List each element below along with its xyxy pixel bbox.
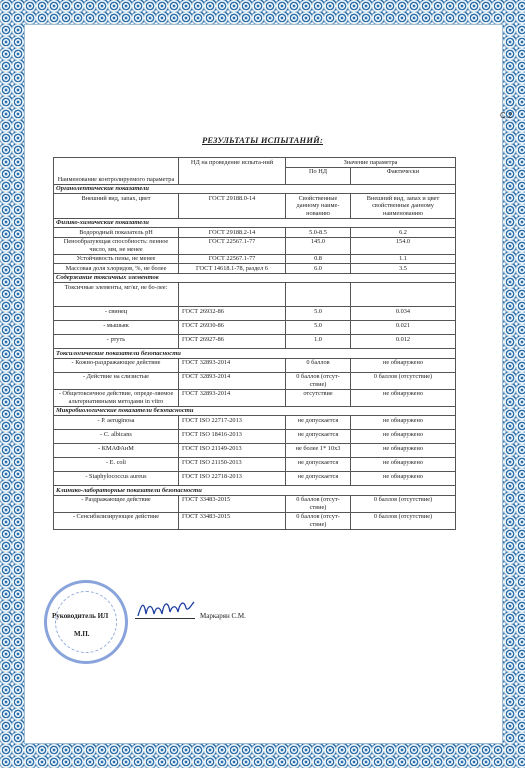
table-row: Токсичные элементы, мг/кг, не бо-лее: (54, 283, 456, 307)
cell-nd: ГОСТ 26930-86 (179, 321, 286, 335)
cell-name: Устойчивость пены, не менее (54, 254, 179, 264)
page-number: С.2 (500, 111, 512, 120)
cell-nd: ГОСТ 32893-2014 (179, 358, 286, 372)
cell-name: Массовая доля хлоридов, %, не более (54, 264, 179, 274)
table-row: - мышьякГОСТ 26930-865.00.021 (54, 321, 456, 335)
cell-name: - мышьяк (54, 321, 179, 335)
table-row: - Раздражающее действиеГОСТ 33483-20150 … (54, 495, 456, 512)
section-title: Токсилогические показатели безопасности (54, 349, 456, 359)
section-header: Токсилогические показатели безопасности (54, 349, 456, 359)
cell-name: - Раздражающее действие (54, 495, 179, 512)
table-row: - E. coliГОСТ ISO 21150-2013не допускает… (54, 458, 456, 472)
cell-actual: не обнаружено (351, 458, 456, 472)
cell-nd: ГОСТ ISO 21150-2013 (179, 458, 286, 472)
cell-by-nd: 1.0 (286, 335, 351, 349)
cell-by-nd (286, 283, 351, 307)
table-row: Устойчивость пены, не менееГОСТ 22567.1-… (54, 254, 456, 264)
cell-actual: 0.021 (351, 321, 456, 335)
table-row: - КМАФАнМГОСТ ISO 21149-2013не более 1* … (54, 444, 456, 458)
section-header: Содержание токсичных элементов (54, 273, 456, 283)
cell-nd: ГОСТ 22567.1-77 (179, 254, 286, 264)
table-row: - Staphylococcus aureusГОСТ ISO 22718-20… (54, 472, 456, 486)
cell-nd: ГОСТ ISO 22717-2013 (179, 416, 286, 430)
header-value-group: Значение параметра (286, 158, 456, 168)
cell-actual: 0 баллов (отсутствие) (351, 512, 456, 529)
table-row: - ртутьГОСТ 26927-861.00.012 (54, 335, 456, 349)
cell-name: - свинец (54, 307, 179, 321)
cell-by-nd: 6.0 (286, 264, 351, 274)
header-by-nd: По НД (286, 167, 351, 184)
table-row: - P. aeruginosaГОСТ ISO 22717-2013не доп… (54, 416, 456, 430)
cell-actual: 6.2 (351, 228, 456, 238)
cell-by-nd: 5.0-8.5 (286, 228, 351, 238)
cell-nd: ГОСТ ISO 21149-2013 (179, 444, 286, 458)
cell-actual (351, 283, 456, 307)
cell-actual: Внешний вид, запах и цвет свойственные д… (351, 194, 456, 219)
section-title: Микробиологические показатели безопаснос… (54, 406, 456, 416)
document-title: РЕЗУЛЬТАТЫ ИСПЫТАНИЙ: (0, 135, 525, 145)
table-row: - Кожно-раздражающее действиеГОСТ 32893-… (54, 358, 456, 372)
cell-actual: не обнаружено (351, 430, 456, 444)
cell-name: Токсичные элементы, мг/кг, не бо-лее: (54, 283, 179, 307)
cell-by-nd: 0 баллов (отсут-ствие) (286, 372, 351, 389)
section-header: Органолептические показатели (54, 184, 456, 194)
cell-nd (179, 283, 286, 307)
cell-by-nd: Свойственные данному наиме-нованию (286, 194, 351, 219)
cell-name: - Сенсибилизирующее действие (54, 512, 179, 529)
cell-name: - ртуть (54, 335, 179, 349)
cell-actual: не обнаружено (351, 358, 456, 372)
cell-name: - Кожно-раздражающее действие (54, 358, 179, 372)
cell-name: Водородный показатель pH (54, 228, 179, 238)
table-row: - Действие на слизистыеГОСТ 32893-20140 … (54, 372, 456, 389)
section-title: Клинико-лабораторные показатели безопасн… (54, 486, 456, 496)
handwritten-signature (136, 598, 200, 620)
cell-by-nd: отсутствие (286, 389, 351, 406)
cell-name: - Staphylococcus aureus (54, 472, 179, 486)
cell-actual: 1.1 (351, 254, 456, 264)
seal-stamp (44, 580, 128, 664)
cell-actual: не обнаружено (351, 389, 456, 406)
cell-by-nd: не допускается (286, 416, 351, 430)
cell-name: Пенообразующая способность: пенное число… (54, 237, 179, 254)
results-table: Наименование контролируемого параметра Н… (53, 157, 456, 530)
cell-nd: ГОСТ 32893-2014 (179, 372, 286, 389)
cell-nd: ГОСТ ISO 22718-2013 (179, 472, 286, 486)
cell-nd: ГОСТ 33483-2015 (179, 512, 286, 529)
cell-actual: не обнаружено (351, 472, 456, 486)
cell-by-nd: 0.8 (286, 254, 351, 264)
cell-nd: ГОСТ 29188.2-14 (179, 228, 286, 238)
header-nd: НД на проведение испыта-ний (179, 158, 286, 185)
table-row: Пенообразующая способность: пенное число… (54, 237, 456, 254)
section-title: Органолептические показатели (54, 184, 456, 194)
table-row: Водородный показатель pHГОСТ 29188.2-145… (54, 228, 456, 238)
cell-by-nd: 0 баллов (отсут-ствие) (286, 512, 351, 529)
cell-nd: ГОСТ 26932-86 (179, 307, 286, 321)
table-row: Массовая доля хлоридов, %, не болееГОСТ … (54, 264, 456, 274)
header-actual: Фактически (351, 167, 456, 184)
cell-by-nd: 0 баллов (286, 358, 351, 372)
cell-nd: ГОСТ ISO 18416-2013 (179, 430, 286, 444)
cell-name: - C. albicans (54, 430, 179, 444)
cell-by-nd: не более 1* 10х3 (286, 444, 351, 458)
cell-by-nd: не допускается (286, 458, 351, 472)
cell-by-nd: не допускается (286, 472, 351, 486)
cell-actual: 3.5 (351, 264, 456, 274)
section-title: Содержание токсичных элементов (54, 273, 456, 283)
cell-actual: 0 баллов (отсутствие) (351, 372, 456, 389)
cell-by-nd: 0 баллов (отсут-ствие) (286, 495, 351, 512)
header-parameter-name: Наименование контролируемого параметра (54, 158, 179, 185)
cell-name: Внешний вид, запах, цвет (54, 194, 179, 219)
cell-by-nd: 145.0 (286, 237, 351, 254)
cell-actual: 0 баллов (отсутствие) (351, 495, 456, 512)
cell-actual: 154.0 (351, 237, 456, 254)
cell-by-nd: 5.0 (286, 321, 351, 335)
cell-nd: ГОСТ 29188.0-14 (179, 194, 286, 219)
cell-name: - Общетоксичное действие, опреде-ляемое … (54, 389, 179, 406)
cell-nd: ГОСТ 22567.1-77 (179, 237, 286, 254)
table-row: Внешний вид, запах, цветГОСТ 29188.0-14С… (54, 194, 456, 219)
section-header: Физико-химические показатели (54, 218, 456, 228)
table-row: - Сенсибилизирующее действиеГОСТ 33483-2… (54, 512, 456, 529)
cell-nd: ГОСТ 14618.1-78, раздел 6 (179, 264, 286, 274)
cell-nd: ГОСТ 26927-86 (179, 335, 286, 349)
cell-name: - КМАФАнМ (54, 444, 179, 458)
cell-nd: ГОСТ 32893-2014 (179, 389, 286, 406)
cell-actual: 0.012 (351, 335, 456, 349)
cell-by-nd: не допускается (286, 430, 351, 444)
cell-nd: ГОСТ 33483-2015 (179, 495, 286, 512)
table-row: - C. albicansГОСТ ISO 18416-2013не допус… (54, 430, 456, 444)
table-row: - свинецГОСТ 26932-865.00.034 (54, 307, 456, 321)
section-title: Физико-химические показатели (54, 218, 456, 228)
cell-actual: не обнаружено (351, 416, 456, 430)
section-header: Микробиологические показатели безопаснос… (54, 406, 456, 416)
cell-name: - P. aeruginosa (54, 416, 179, 430)
cell-name: - E. coli (54, 458, 179, 472)
cell-name: - Действие на слизистые (54, 372, 179, 389)
cell-by-nd: 5.0 (286, 307, 351, 321)
table-row: - Общетоксичное действие, опреде-ляемое … (54, 389, 456, 406)
section-header: Клинико-лабораторные показатели безопасн… (54, 486, 456, 496)
cell-actual: не обнаружено (351, 444, 456, 458)
signatory-name: Маркарян С.М. (200, 612, 246, 620)
cell-actual: 0.034 (351, 307, 456, 321)
